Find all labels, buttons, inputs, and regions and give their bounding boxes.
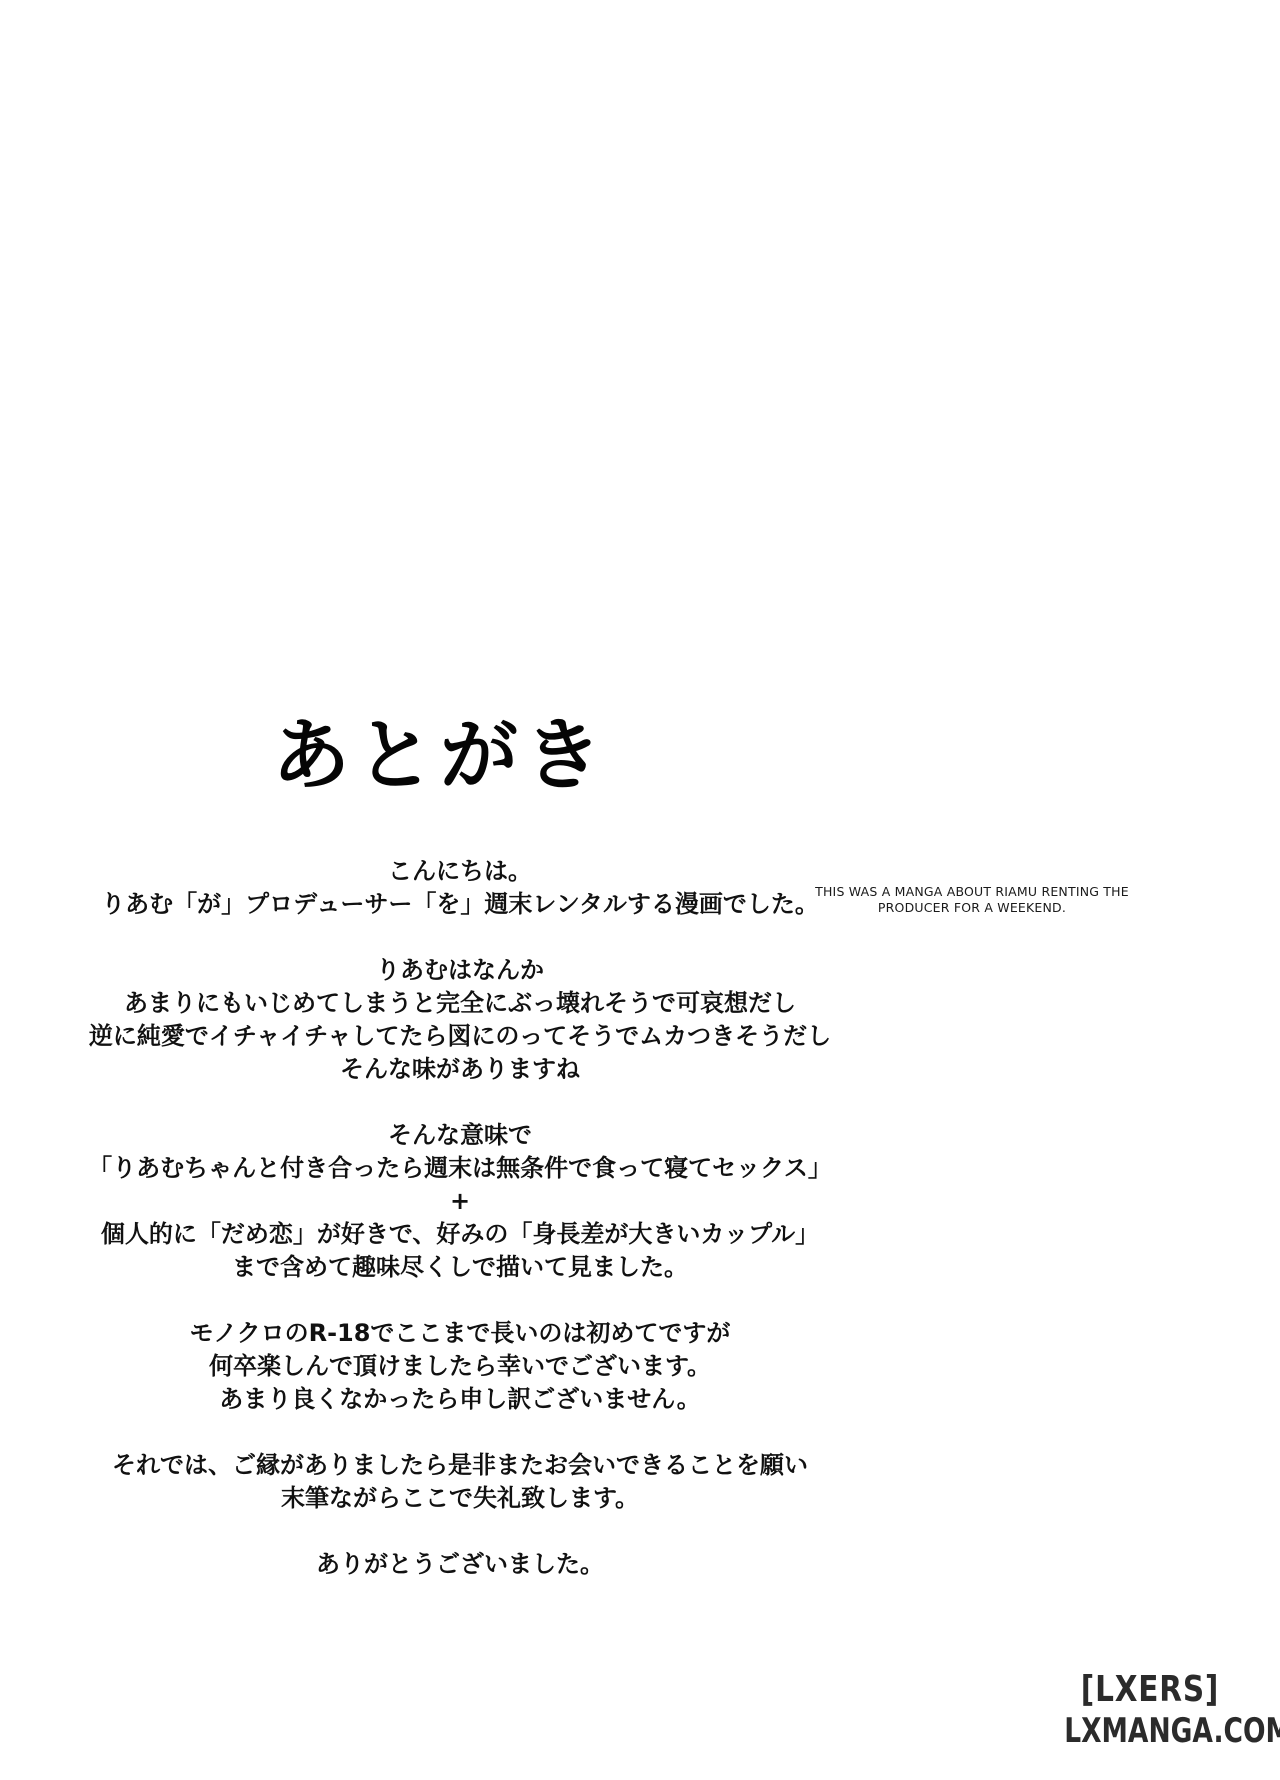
scanlator-watermark: [LXERS] LXMANGA.COM <box>1040 1668 1260 1750</box>
text-line: ありがとうございました。 <box>60 1548 860 1581</box>
text-line: 逆に純愛でイチャイチャしてたら図にのってそうでムカつきそうだし <box>60 1020 860 1053</box>
text-line: そんな意味で <box>60 1119 860 1152</box>
paragraph-apology: モノクロのR-18でここまで長いのは初めてですが 何卒楽しんで頂けましたら幸いで… <box>60 1317 860 1416</box>
paragraph-thanks: ありがとうございました。 <box>60 1548 860 1581</box>
afterword-title: あとがき <box>272 706 652 806</box>
plus-sign: + <box>60 1185 860 1218</box>
text-line: あまり良くなかったら申し訳ございません。 <box>60 1383 860 1416</box>
paragraph-concept: そんな意味で 「りあむちゃんと付き合ったら週末は無条件で食って寝てセックス」 +… <box>60 1119 860 1284</box>
text-line: 末筆ながらここで失礼致します。 <box>60 1482 860 1515</box>
watermark-site: LXMANGA.COM <box>1064 1712 1236 1750</box>
text-line: あまりにもいじめてしまうと完全にぶっ壊れそうで可哀想だし <box>60 987 860 1020</box>
paragraph-riamu: りあむはなんか あまりにもいじめてしまうと完全にぶっ壊れそうで可哀想だし 逆に純… <box>60 954 860 1086</box>
translator-note-line: producer for a weekend. <box>796 900 1148 916</box>
manga-page: あとがき こんにちは。 りあむ「が」プロデューサー「を」週末レンタルする漫画でし… <box>0 0 1280 1780</box>
text-line: りあむ「が」プロデューサー「を」週末レンタルする漫画でした。 <box>60 888 860 921</box>
text-line: モノクロのR-18でここまで長いのは初めてですが <box>60 1317 860 1350</box>
text-line: こんにちは。 <box>60 855 860 888</box>
translator-note: This was a manga about Riamu renting the… <box>796 884 1148 916</box>
watermark-group-name: [LXERS] <box>1060 1668 1240 1712</box>
afterword-body: こんにちは。 りあむ「が」プロデューサー「を」週末レンタルする漫画でした。 りあ… <box>60 855 860 1614</box>
text-line: 「りあむちゃんと付き合ったら週末は無条件で食って寝てセックス」 <box>60 1152 860 1185</box>
text-line: そんな味がありますね <box>60 1053 860 1086</box>
text-line: りあむはなんか <box>60 954 860 987</box>
paragraph-closing: それでは、ご縁がありましたら是非またお会いできることを願い 末筆ながらここで失礼… <box>60 1449 860 1515</box>
paragraph-greeting: こんにちは。 りあむ「が」プロデューサー「を」週末レンタルする漫画でした。 <box>60 855 860 921</box>
text-line: それでは、ご縁がありましたら是非またお会いできることを願い <box>60 1449 860 1482</box>
text-line: まで含めて趣味尽くしで描いて見ました。 <box>60 1251 860 1284</box>
text-line: 何卒楽しんで頂けましたら幸いでございます。 <box>60 1350 860 1383</box>
text-line: 個人的に「だめ恋」が好きで、好みの「身長差が大きいカップル」 <box>60 1218 860 1251</box>
translator-note-line: This was a manga about Riamu renting the <box>796 884 1148 900</box>
